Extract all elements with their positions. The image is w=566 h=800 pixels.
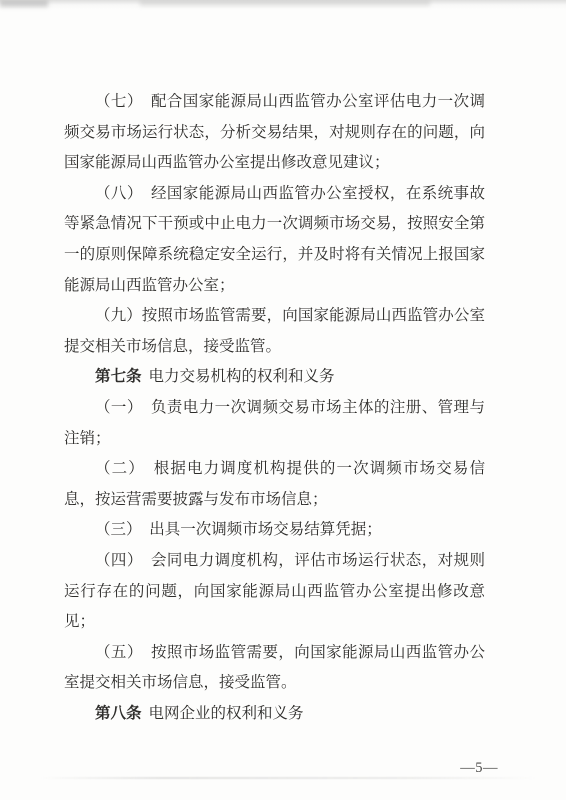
document-body: （七） 配合国家能源局山西监管办公室评估电力一次调频交易市场运行状态，分析交易结… [64, 87, 485, 729]
clause-item-7: （七） 配合国家能源局山西监管办公室评估电力一次调频交易市场运行状态，分析交易结… [64, 87, 485, 179]
scan-streak-artifact [40, 777, 536, 779]
scan-smudge [140, 0, 430, 6]
article-8-heading: 第八条电网企业的权利和义务 [64, 699, 485, 730]
article-7-heading: 第七条电力交易机构的权利和义务 [64, 362, 485, 393]
clause-item-9: （九）按照市场监管需要，向国家能源局山西监管办公室提交相关市场信息，接受监管。 [64, 301, 485, 362]
clause-item-4: （四） 会同电力调度机构，评估市场运行状态，对规则运行存在的问题，向国家能源局山… [64, 546, 485, 638]
scan-smudge [0, 0, 48, 7]
clause-item-3: （三） 出具一次调频市场交易结算凭据； [64, 515, 485, 546]
clause-item-5: （五） 按照市场监管需要，向国家能源局山西监管办公室提交相关市场信息，接受监管。 [64, 638, 485, 699]
article-8-title: 电网企业的权利和义务 [148, 705, 303, 722]
clause-item-1: （一） 负责电力一次调频交易市场主体的注册、管理与注销； [64, 393, 485, 454]
clause-item-8: （八） 经国家能源局山西监管办公室授权，在系统事故等紧急情况下干预或中止电力一次… [64, 179, 485, 301]
article-7-label: 第七条 [95, 368, 142, 385]
scanned-document-page: （七） 配合国家能源局山西监管办公室评估电力一次调频交易市场运行状态，分析交易结… [0, 0, 566, 800]
article-8-label: 第八条 [95, 705, 142, 722]
clause-item-2: （二） 根据电力调度机构提供的一次调频市场交易信息，按运营需要披露与发布市场信息… [64, 454, 485, 515]
page-number: —5— [460, 758, 498, 778]
article-7-title: 电力交易机构的权利和义务 [148, 368, 334, 385]
